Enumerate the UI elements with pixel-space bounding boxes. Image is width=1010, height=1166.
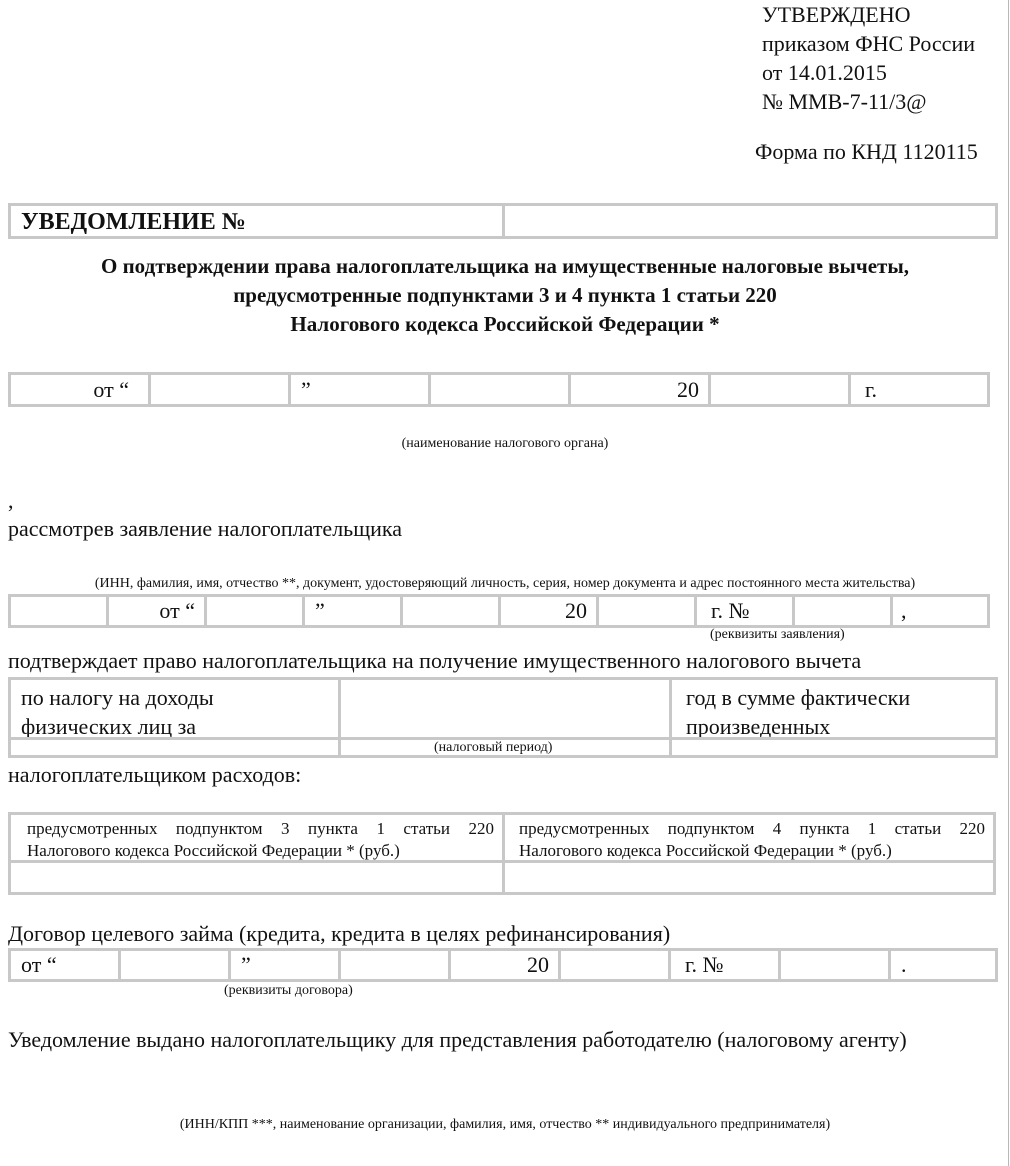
employer-caption: (ИНН/КПП ***, наименование организации, …: [0, 1117, 1010, 1133]
date-row: от “ ” 20 г.: [8, 372, 990, 407]
subtitle-line: Налогового кодекса Российской Федерации …: [0, 310, 1010, 339]
income-tax-left-label: по налогу на доходы физических лиц за: [8, 677, 341, 740]
loan-century-cell: 20: [448, 948, 559, 982]
date-close-quote: ”: [301, 375, 311, 404]
notice-title-cell: УВЕДОМЛЕНИЕ №: [8, 203, 505, 239]
application-month-field[interactable]: [400, 594, 499, 628]
date-year-field[interactable]: [708, 372, 849, 407]
document-subtitle: О подтверждении права налогоплательщика …: [0, 252, 1010, 339]
amount-header-line: Налогового кодекса Российской Федерации …: [27, 840, 494, 862]
date-suffix: г.: [865, 375, 877, 404]
application-day-field[interactable]: [204, 594, 303, 628]
approval-line: от 14.01.2015: [762, 58, 975, 87]
approval-block: УТВЕРЖДЕНО приказом ФНС России от 14.01.…: [762, 0, 975, 116]
income-tax-sub-left: [8, 737, 341, 758]
application-century-cell: 20: [498, 594, 597, 628]
loan-century: 20: [527, 951, 549, 979]
application-close-quote: ”: [315, 597, 325, 625]
application-quote-cell: ”: [302, 594, 401, 628]
loan-day-field[interactable]: [118, 948, 229, 982]
application-number-label-cell: г. №: [694, 594, 793, 628]
income-tax-label-line: по налогу на доходы: [21, 683, 214, 712]
date-quote-cell: ”: [288, 372, 429, 407]
application-number-field[interactable]: [792, 594, 891, 628]
loan-quote-cell: ”: [228, 948, 339, 982]
amount-header-sub3: предусмотренных подпунктом 3 пункта 1 ст…: [8, 812, 505, 863]
loan-suffix: .: [901, 951, 907, 979]
date-prefix-cell: от “: [8, 372, 149, 407]
application-number-label: г. №: [711, 597, 750, 625]
loan-month-field[interactable]: [338, 948, 449, 982]
loan-year-field[interactable]: [558, 948, 669, 982]
comma-line: ,: [8, 488, 14, 514]
subtitle-line: О подтверждении права налогоплательщика …: [0, 252, 1010, 281]
tax-period-caption-cell: (налоговый период): [338, 737, 672, 758]
tax-period-field[interactable]: [338, 677, 672, 740]
date-century-cell: 20: [568, 372, 709, 407]
application-prefix: от “: [159, 597, 195, 625]
approval-line: приказом ФНС России: [762, 29, 975, 58]
amount-header-line: Налогового кодекса Российской Федерации …: [519, 840, 985, 862]
approval-line: УТВЕРЖДЕНО: [762, 0, 975, 29]
loan-prefix-cell: от “: [8, 948, 119, 982]
tax-authority-caption: (наименование налогового органа): [0, 436, 1010, 452]
expenses-text: налогоплательщиком расходов:: [8, 762, 301, 788]
notice-title: УВЕДОМЛЕНИЕ №: [21, 209, 246, 236]
form-code: Форма по КНД 1120115: [755, 139, 978, 165]
confirms-text: подтверждает право налогоплательщика на …: [8, 648, 861, 674]
amount-header-line: предусмотренных подпунктом 4 пункта 1 ст…: [519, 818, 985, 840]
amount-header-sub4: предусмотренных подпунктом 4 пункта 1 ст…: [502, 812, 996, 863]
application-year-field[interactable]: [596, 594, 695, 628]
issued-text: Уведомление выдано налогоплательщику для…: [8, 1027, 907, 1053]
application-suffix-cell: ,: [890, 594, 990, 628]
amount-sub3-field[interactable]: [8, 860, 505, 895]
date-month-field[interactable]: [428, 372, 569, 407]
notice-number-field[interactable]: [502, 203, 998, 239]
tax-period-caption: (налоговый период): [434, 740, 552, 755]
loan-row: от “ ” 20 г. № .: [8, 948, 998, 982]
income-tax-table: по налогу на доходы физических лиц за го…: [8, 677, 998, 758]
loan-prefix: от “: [21, 951, 57, 979]
application-row: от “ ” 20 г. № ,: [8, 594, 990, 628]
loan-suffix-cell: .: [888, 948, 998, 982]
income-tax-right-label: год в сумме фактически произведенных: [669, 677, 998, 740]
amounts-table: предусмотренных подпунктом 3 пункта 1 ст…: [8, 812, 996, 895]
application-suffix: ,: [901, 597, 907, 625]
income-tax-right-line: год в сумме фактически: [686, 683, 910, 712]
application-caption: (реквизиты заявления): [710, 627, 845, 643]
income-tax-sub-right: [669, 737, 998, 758]
subtitle-line: предусмотренные подпунктами 3 и 4 пункта…: [0, 281, 1010, 310]
amount-sub4-field[interactable]: [502, 860, 996, 895]
application-field-1[interactable]: [8, 594, 107, 628]
loan-number-label-cell: г. №: [668, 948, 779, 982]
loan-number-label: г. №: [685, 951, 724, 979]
amount-header-line: предусмотренных подпунктом 3 пункта 1 ст…: [27, 818, 494, 840]
employer-field[interactable]: [8, 1062, 990, 1102]
date-prefix: от “: [93, 375, 129, 404]
date-century: 20: [677, 375, 699, 404]
application-prefix-cell: от “: [106, 594, 205, 628]
date-suffix-cell: г.: [848, 372, 990, 407]
loan-caption: (реквизиты договора): [224, 983, 353, 999]
considered-text: рассмотрев заявление налогоплательщика: [8, 516, 402, 542]
loan-close-quote: ”: [241, 951, 251, 979]
taxpayer-caption: (ИНН, фамилия, имя, отчество **, докумен…: [0, 576, 1010, 592]
date-day-field[interactable]: [148, 372, 289, 407]
loan-number-field[interactable]: [778, 948, 889, 982]
loan-text: Договор целевого займа (кредита, кредита…: [8, 921, 670, 947]
application-century: 20: [565, 597, 587, 625]
approval-line: № ММВ-7-11/3@: [762, 87, 975, 116]
